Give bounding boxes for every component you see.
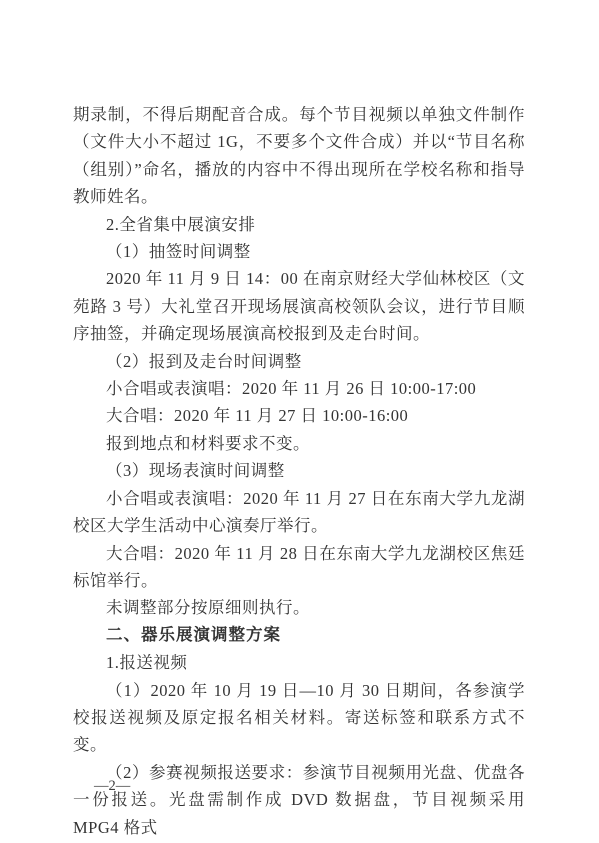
document-page: 期录制，不得后期配音合成。每个节目视频以单独文件制作（文件大小不超过 1G，不要… [0, 0, 599, 843]
paragraph-section-item: 2.全省集中展演安排 [73, 211, 525, 238]
paragraph-large-chorus-perform: 大合唱：2020 年 11 月 28 日在东南大学九龙湖校区焦廷标馆举行。 [73, 540, 525, 595]
paragraph-submit-requirements: （2）参赛视频报送要求：参演节目视频用光盘、优盘各一份报送。光盘需制作成 DVD… [73, 759, 525, 841]
paragraph-small-chorus-checkin: 小合唱或表演唱：2020 年 11 月 26 日 10:00-17:00 [73, 375, 525, 402]
paragraph-continuation: 期录制，不得后期配音合成。每个节目视频以单独文件制作（文件大小不超过 1G，不要… [73, 101, 525, 211]
document-body: 期录制，不得后期配音合成。每个节目视频以单独文件制作（文件大小不超过 1G，不要… [73, 101, 525, 841]
paragraph-small-chorus-perform: 小合唱或表演唱：2020 年 11 月 27 日在东南大学九龙湖校区大学生活动中… [73, 485, 525, 540]
paragraph-unchanged-note: 未调整部分按原细则执行。 [73, 594, 525, 621]
page-number: —2— [94, 778, 130, 795]
paragraph-submit-video: 1.报送视频 [73, 649, 525, 676]
paragraph-draw-time: 2020 年 11 月 9 日 14：00 在南京财经大学仙林校区（文苑路 3 … [73, 265, 525, 347]
paragraph-subitem-3: （3）现场表演时间调整 [73, 457, 525, 484]
paragraph-large-chorus-checkin: 大合唱：2020 年 11 月 27 日 10:00-16:00 [73, 402, 525, 429]
paragraph-subitem-2: （2）报到及走台时间调整 [73, 348, 525, 375]
paragraph-submit-period: （1）2020 年 10 月 19 日—10 月 30 日期间，各参演学校报送视… [73, 677, 525, 759]
paragraph-subitem-1: （1）抽签时间调整 [73, 238, 525, 265]
paragraph-location-note: 报到地点和材料要求不变。 [73, 430, 525, 457]
section-2-heading: 二、器乐展演调整方案 [73, 622, 525, 649]
